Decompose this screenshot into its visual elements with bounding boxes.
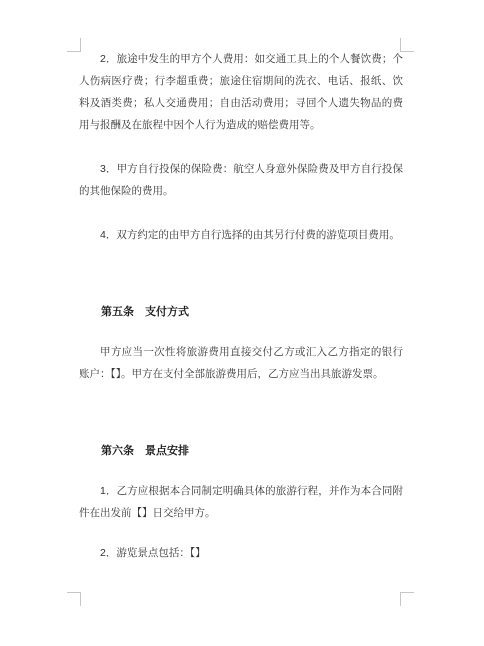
document-body-text: 2．旅途中发生的甲方个人费用：如交通工具上的个人餐饮费；个人伤病医疗费；行李超重… — [79, 48, 403, 564]
paragraph-optional-tour-fees: 4．双方约定的由甲方自行选择的由其另行付费的游览项目费用。 — [79, 224, 403, 246]
paragraph-personal-expenses: 2．旅途中发生的甲方个人费用：如交通工具上的个人餐饮费；个人伤病医疗费；行李超重… — [79, 48, 403, 136]
heading-article-5-payment-method: 第五条 支付方式 — [79, 301, 403, 323]
text-boundary-mark-bottom-left — [67, 592, 81, 606]
paragraph-itinerary-delivery: 1．乙方应根据本合同制定明确具体的旅游行程，并作为本合同附件在出发前【】日交给甲… — [79, 480, 403, 524]
paragraph-scenic-spots-list: 2．游览景点包括：【】 — [79, 542, 403, 564]
paragraph-self-insurance-fees: 3．甲方自行投保的保险费：航空人身意外保险费及甲方自行投保的其他保险的费用。 — [79, 158, 403, 202]
heading-article-6-scenic-spot-arrangement: 第六条 景点安排 — [79, 440, 403, 462]
text-boundary-mark-bottom-right — [400, 592, 414, 606]
paragraph-payment-terms: 甲方应当一次性将旅游费用直接交付乙方或汇入乙方指定的银行账户：【】。甲方在支付全… — [79, 341, 403, 385]
document-page: 2．旅途中发生的甲方个人费用：如交通工具上的个人餐饮费；个人伤病医疗费；行李超重… — [0, 0, 484, 646]
